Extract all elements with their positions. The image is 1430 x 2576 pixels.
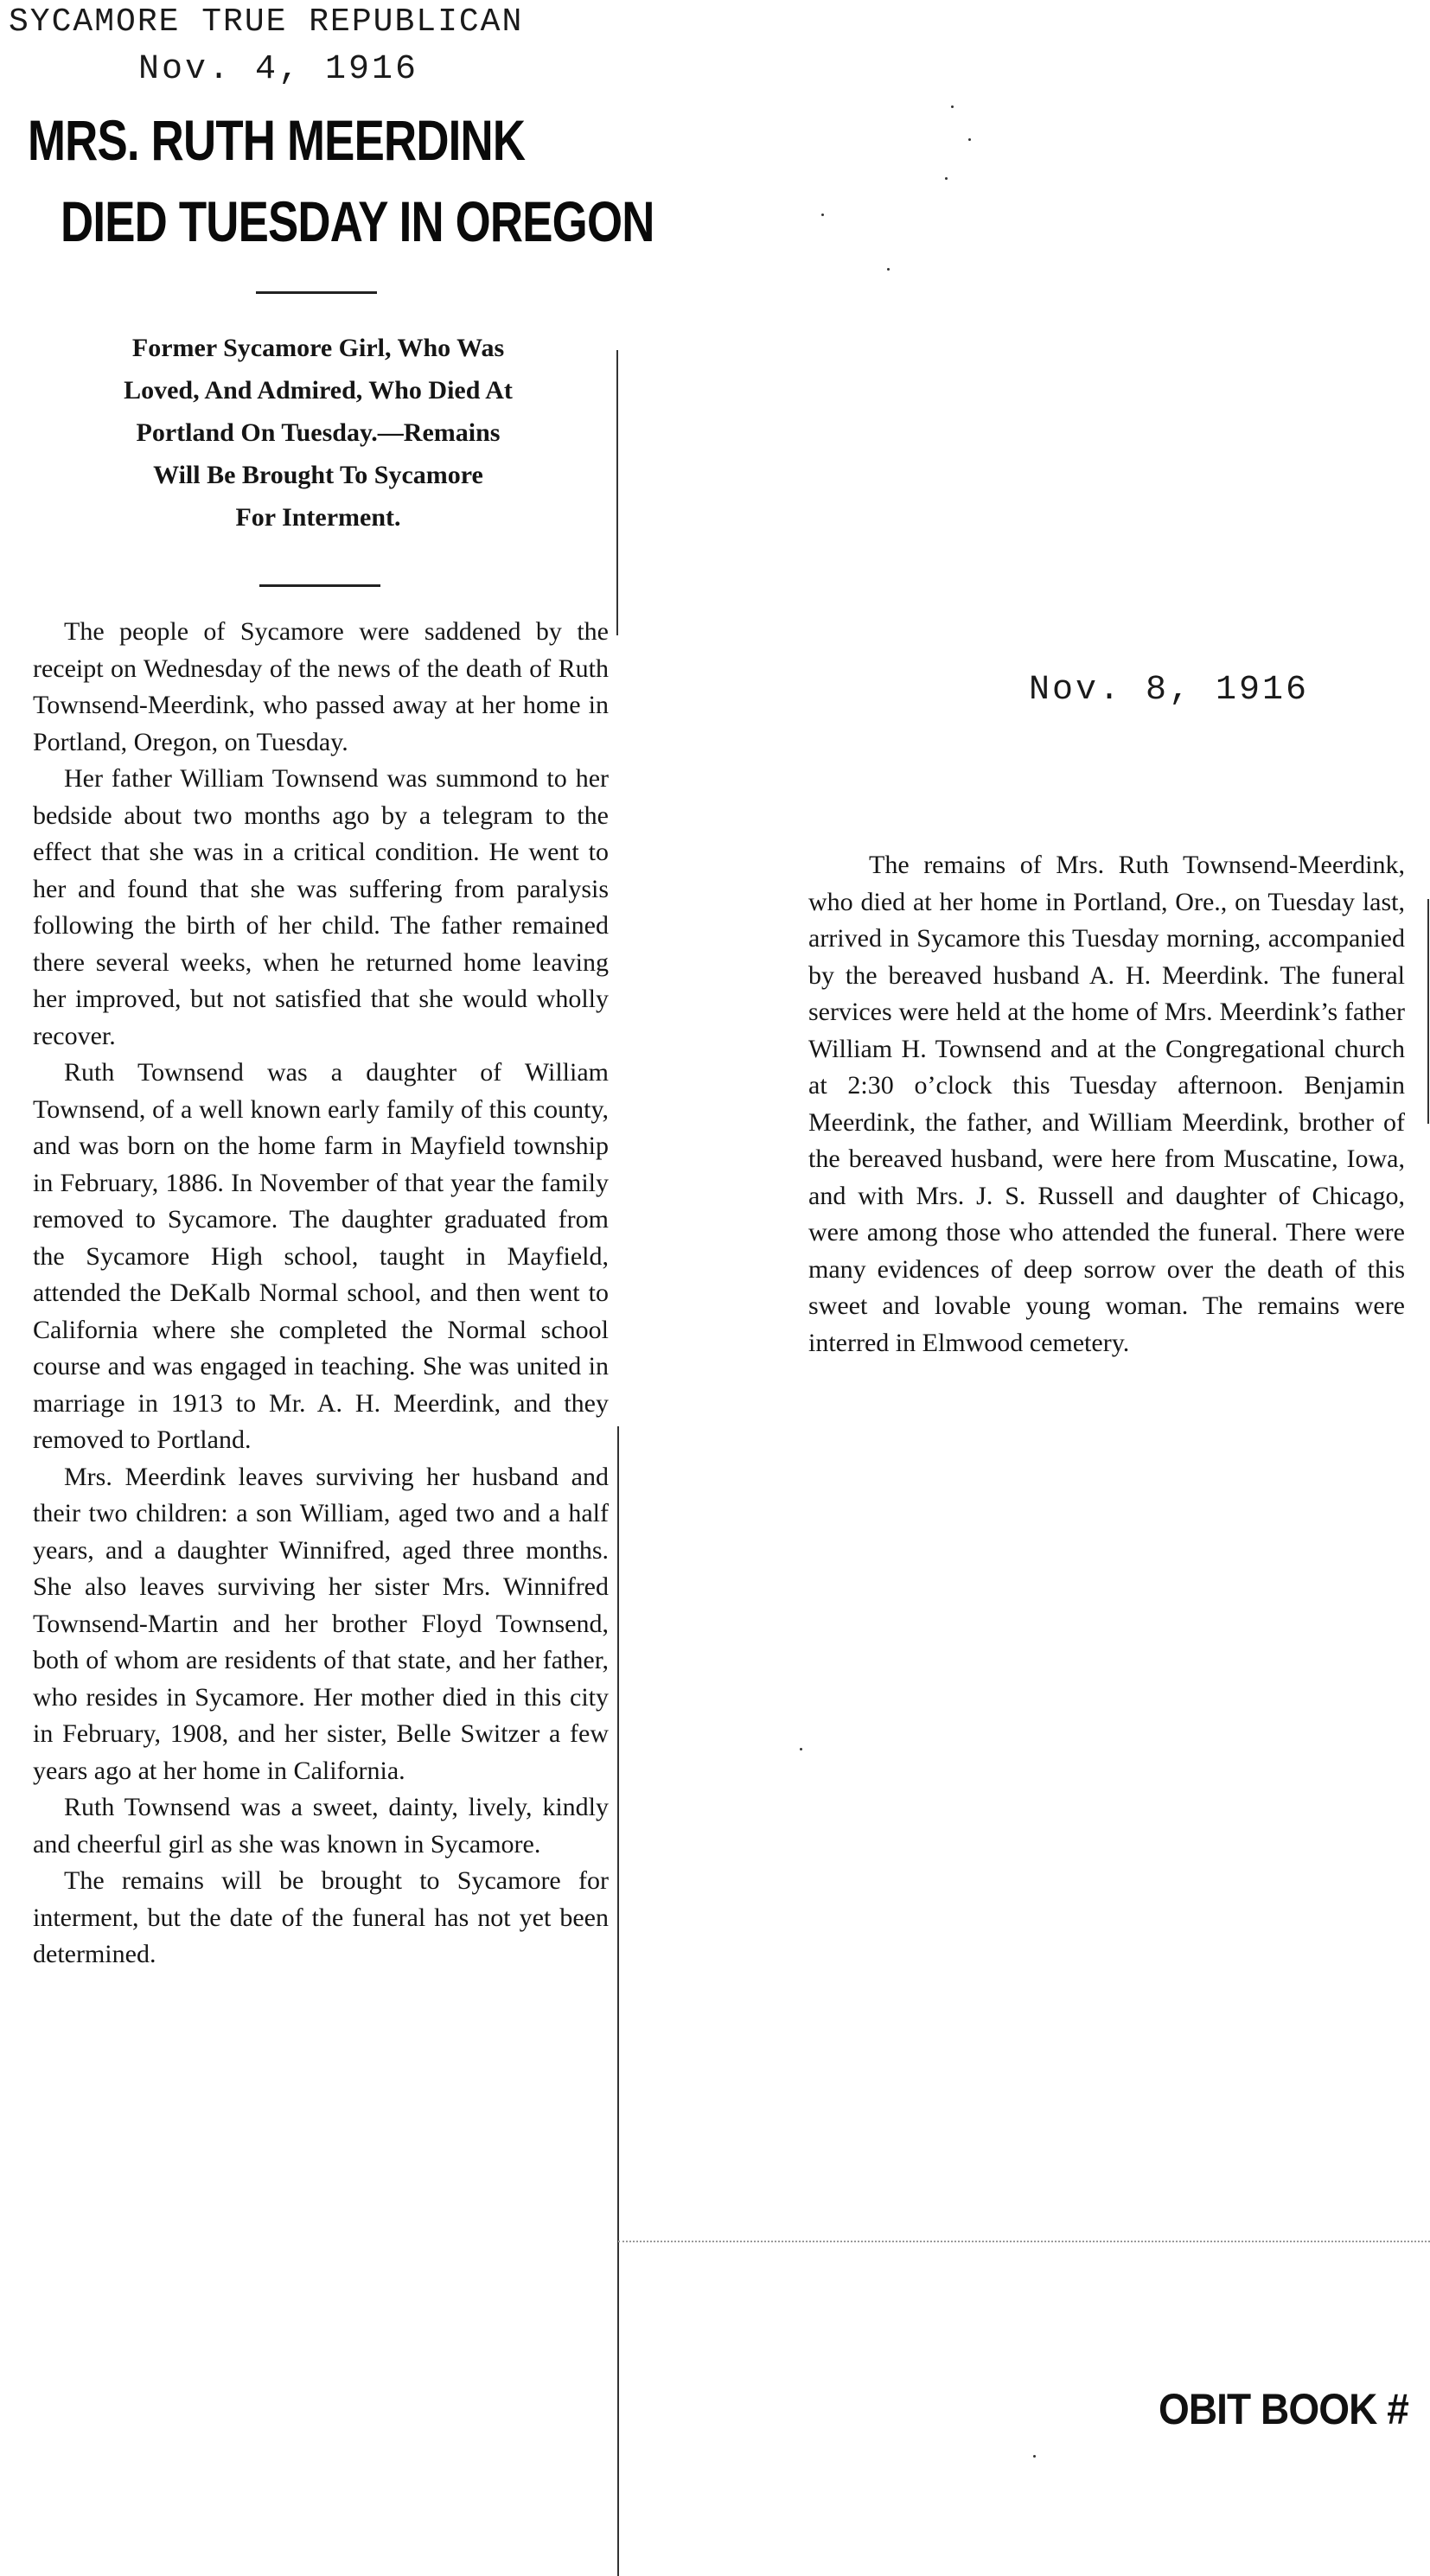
deck-line: Former Sycamore Girl, Who Was (24, 327, 612, 369)
headline-line-1: MRS. RUTH MEERDINK (28, 107, 525, 173)
subheadline-deck: Former Sycamore Girl, Who Was Loved, And… (24, 327, 612, 539)
article-paragraph: Mrs. Meerdink leaves surviving her husba… (33, 1459, 609, 1790)
article-body-second: The remains of Mrs. Ruth Town­send-Meerd… (808, 847, 1405, 1361)
deck-divider (259, 584, 380, 587)
article-body-first: The people of Sycamore were saddened by … (33, 614, 609, 1973)
article-paragraph: Her father William Townsend was summond … (33, 761, 609, 1055)
article-paragraph: The remains will be brought to Sycamore … (33, 1863, 609, 1973)
article-paragraph: The remains of Mrs. Ruth Town­send-Meerd… (808, 847, 1405, 1361)
scan-speck (887, 268, 890, 271)
deck-line: Will Be Brought To Sycamore (24, 454, 612, 496)
scan-speck (945, 177, 948, 180)
scan-speck (968, 138, 971, 141)
headline-line-2: DIED TUESDAY IN OREGON (61, 188, 654, 254)
scan-speck (800, 1748, 802, 1750)
scan-speck (951, 105, 954, 108)
column-rule (617, 1426, 619, 2576)
deck-line: For Interment. (24, 496, 612, 539)
headline-divider (256, 291, 377, 294)
newspaper-name: SYCAMORE TRUE REPUBLICAN (9, 3, 523, 41)
article-paragraph: Ruth Townsend was a daughter of William … (33, 1055, 609, 1459)
deck-line: Portland On Tuesday.—Remains (24, 411, 612, 454)
article-paragraph: Ruth Townsend was a sweet, dainty, livel… (33, 1789, 609, 1863)
dotted-divider (618, 2241, 1430, 2242)
publication-date-second: Nov. 8, 1916 (1029, 671, 1309, 710)
column-rule (616, 350, 618, 635)
article-paragraph: The people of Sycamore were saddened by … (33, 614, 609, 761)
scan-speck (821, 214, 824, 216)
deck-line: Loved, And Admired, Who Died At (24, 369, 612, 411)
obit-book-label: OBIT BOOK # (1159, 2384, 1408, 2434)
scan-speck (1033, 2455, 1036, 2458)
publication-date-first: Nov. 4, 1916 (138, 50, 418, 89)
column-rule-right (1427, 899, 1429, 1124)
